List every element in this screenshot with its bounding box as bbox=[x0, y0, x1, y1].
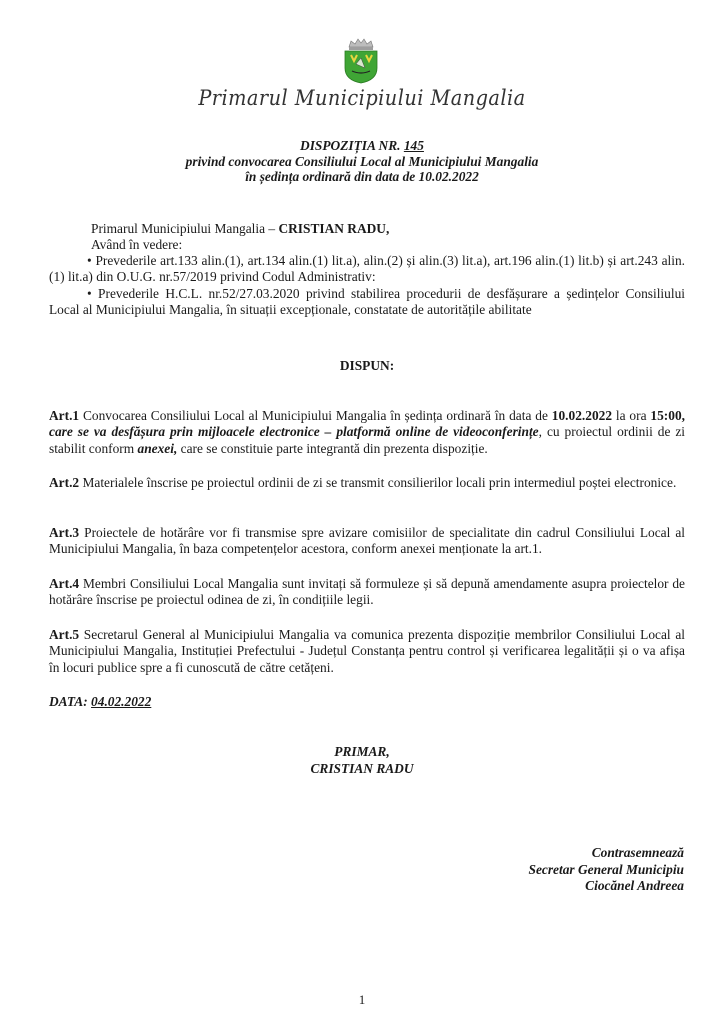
article-emphasis: care se va desfășura prin mijloacele ele… bbox=[49, 424, 539, 439]
article-label: Art.3 bbox=[49, 525, 79, 540]
article-2: Art.2 Materialele înscrise pe proiectul … bbox=[49, 475, 685, 491]
article-label: Art.4 bbox=[49, 576, 79, 591]
annex-reference: anexei, bbox=[138, 441, 178, 456]
article-label: Art.1 bbox=[49, 408, 79, 423]
bullet-text: Prevederile art.133 alin.(1), art.134 al… bbox=[49, 253, 685, 284]
list-item: • Prevederile art.133 alin.(1), art.134 … bbox=[49, 253, 685, 286]
date-label: DATA: bbox=[49, 694, 91, 709]
date-line: DATA: 04.02.2022 bbox=[49, 694, 685, 710]
session-time: 15:00, bbox=[650, 408, 685, 423]
letterhead: Primarul Municipiului Mangalia bbox=[29, 86, 695, 110]
list-item: • Prevederile H.C.L. nr.52/27.03.2020 pr… bbox=[49, 286, 685, 319]
mayor-prefix: Primarul Municipiului Mangalia – bbox=[91, 221, 278, 236]
article-label: Art.2 bbox=[49, 475, 79, 490]
bullet-text: Prevederile H.C.L. nr.52/27.03.2020 priv… bbox=[49, 286, 685, 317]
article-3: Art.3 Proiectele de hotărâre vor fi tran… bbox=[49, 525, 685, 558]
title-session: în ședința ordinară din data de 10.02.20… bbox=[0, 169, 724, 185]
article-text: la ora bbox=[612, 408, 650, 423]
countersign-label: Contrasemnează bbox=[529, 845, 685, 862]
signature-title: PRIMAR, bbox=[0, 744, 724, 761]
disposition-number: 145 bbox=[404, 138, 424, 153]
title-subject: privind convocarea Consiliului Local al … bbox=[0, 154, 724, 170]
countersignature: Contrasemnează Secretar General Municipi… bbox=[529, 845, 685, 895]
article-text: Secretarul General al Municipiului Manga… bbox=[49, 627, 685, 675]
countersign-name: Ciocănel Andreea bbox=[529, 878, 685, 895]
document-title: DISPOZIȚIA NR. 145 privind convocarea Co… bbox=[0, 138, 724, 185]
signature-name: CRISTIAN RADU bbox=[0, 761, 724, 778]
intro: Primarul Municipiului Mangalia – CRISTIA… bbox=[49, 221, 685, 254]
article-text: Proiectele de hotărâre vor fi transmise … bbox=[49, 525, 685, 556]
considering-label: Având în vedere: bbox=[49, 237, 685, 253]
article-5: Art.5 Secretarul General al Municipiului… bbox=[49, 627, 685, 676]
legal-basis-list: • Prevederile art.133 alin.(1), art.134 … bbox=[49, 253, 685, 318]
date-value: 04.02.2022 bbox=[91, 694, 151, 709]
coat-of-arms-icon bbox=[342, 38, 380, 84]
dispun-heading: DISPUN: bbox=[49, 358, 685, 374]
article-text: care se constituie parte integrantă din … bbox=[177, 441, 487, 456]
session-date: 10.02.2022 bbox=[552, 408, 612, 423]
article-1: Art.1 Convocarea Consiliului Local al Mu… bbox=[49, 408, 685, 457]
article-text: Convocarea Consiliului Local al Municipi… bbox=[79, 408, 552, 423]
article-text: Membri Consiliului Local Mangalia sunt i… bbox=[49, 576, 685, 607]
article-label: Art.5 bbox=[49, 627, 79, 642]
countersign-role: Secretar General Municipiu bbox=[529, 862, 685, 879]
mayor-name: CRISTIAN RADU, bbox=[278, 221, 389, 236]
article-4: Art.4 Membri Consiliului Local Mangalia … bbox=[49, 576, 685, 609]
title-prefix: DISPOZIȚIA NR. bbox=[300, 138, 404, 153]
page-number: 1 bbox=[0, 992, 724, 1008]
mayor-signature: PRIMAR, CRISTIAN RADU bbox=[0, 744, 724, 777]
article-text: Materialele înscrise pe proiectul ordini… bbox=[79, 475, 676, 490]
